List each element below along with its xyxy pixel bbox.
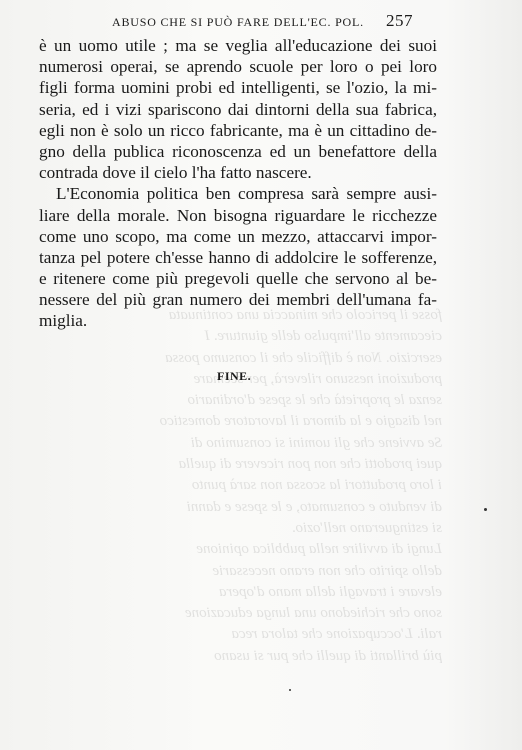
bleed-line: sono che richiedono una lunga educazione: [112, 603, 442, 624]
bleed-line: dello spirito che non erano necessarie: [112, 561, 442, 582]
bleed-line: Se avviene che gli uomini si consumino d…: [112, 433, 442, 454]
text-line: miglia.: [39, 310, 437, 331]
text-line: egli non è solo un ricco fabricante, ma …: [39, 120, 437, 141]
text-line: tanza pel potere ch'esse hanno di addolc…: [39, 247, 437, 268]
text-line: contrada dove il cielo l'ha fatto nascer…: [39, 162, 437, 183]
bleed-through-text: fosse il pericolo che minaccia una conti…: [112, 305, 442, 667]
text-line: figli forma uomini probi ed intelligenti…: [39, 77, 437, 98]
bleed-line: Lungi di avvilire nella pubblica opinion…: [112, 539, 442, 560]
bleed-line: senza le proprietà che le spese d'ordina…: [112, 390, 442, 411]
page-number: 257: [386, 11, 413, 31]
bleed-line: quei prodotti che non pon ricevere di qu…: [112, 454, 442, 475]
text-line: nessere del più gran numero dei membri d…: [39, 289, 437, 310]
text-line: come uno scopo, ma come un mezzo, attacc…: [39, 226, 437, 247]
bleed-line: esercizio. Non è difficile che il consum…: [112, 348, 442, 369]
text-line: seria, ed i vizi spariscono dai dintorni…: [39, 99, 437, 120]
text-line: liare della morale. Non bisogna riguarda…: [39, 205, 437, 226]
paper-speck: [484, 508, 487, 511]
bleed-line: rali. L'occupazione che talora reca: [112, 624, 442, 645]
bleed-line: più brillanti di quelli che pur si usano: [112, 646, 442, 667]
bleed-line: produzioni nessuno rileverà, per scemare: [112, 369, 442, 390]
paper-speck: [289, 689, 291, 691]
closing-word: FINE.: [217, 369, 251, 384]
bleed-line: si estinguerano nell'ozio.: [112, 518, 442, 539]
text-line: e ritenere come più pregevoli quelle che…: [39, 268, 437, 289]
text-line: gno della publica riconoscenza ed un ben…: [39, 141, 437, 162]
book-page: fosse il pericolo che minaccia una conti…: [0, 0, 522, 750]
bleed-line: nel disagio e la dimora il lavoratore do…: [112, 411, 442, 432]
bleed-line: elevare i travagli della mano d'opera: [112, 582, 442, 603]
bleed-line: i loro produttori la scossa non sarà pun…: [112, 475, 442, 496]
text-line: numerosi operai, se aprendo scuole per l…: [39, 56, 437, 77]
bleed-line: di venduto e consumato, e le spese e dan…: [112, 497, 442, 518]
text-line: è un uomo utile ; ma se veglia all'educa…: [39, 35, 437, 56]
running-title: ABUSO CHE SI PUÒ FARE DELL'EC. POL.: [112, 15, 364, 30]
text-line: L'Economia politica ben compresa sarà se…: [39, 183, 437, 204]
body-text: è un uomo utile ; ma se veglia all'educa…: [39, 35, 437, 332]
